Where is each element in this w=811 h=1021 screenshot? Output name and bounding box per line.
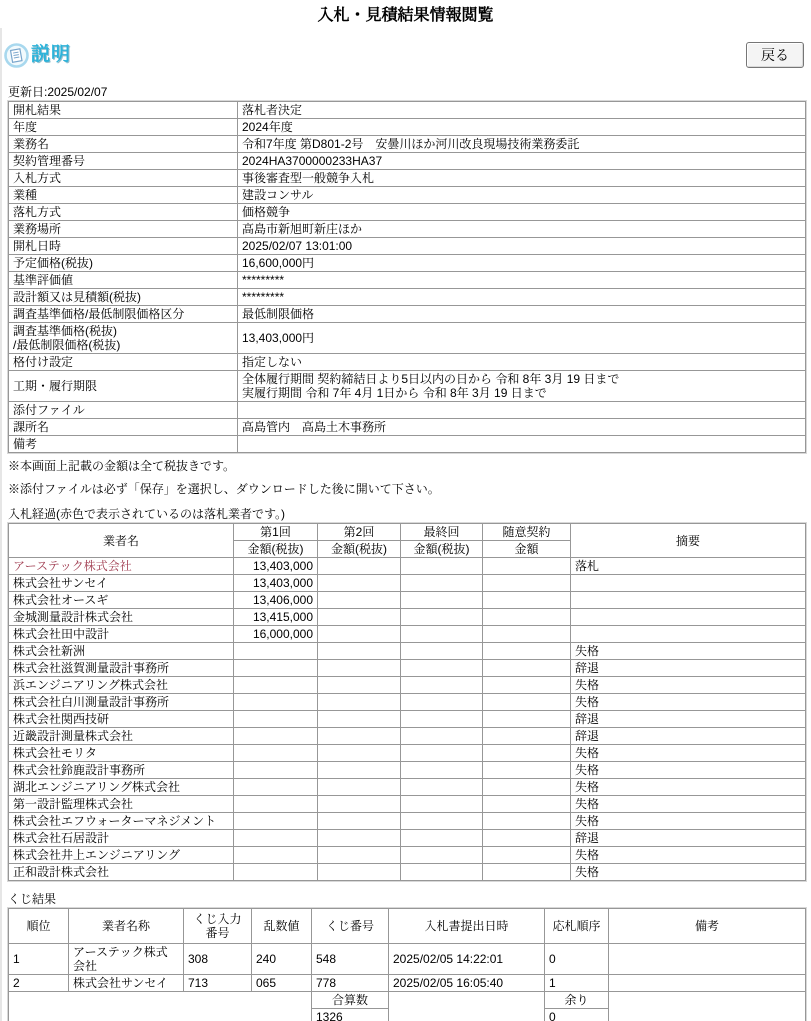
lottery-submit-datetime-cell: 2025/02/05 16:05:40: [389, 975, 545, 992]
bidder-row: 株式会社新洲失格: [9, 643, 806, 660]
lottery-col-header: 乱数値: [252, 909, 312, 944]
info-value: [238, 402, 806, 419]
bidder-name-cell: 株式会社白川測量設計事務所: [9, 694, 234, 711]
info-row: 基準評価値*********: [9, 272, 806, 289]
bid-amount-round1-cell: [234, 643, 318, 660]
bid-amount-final-cell: [401, 813, 483, 830]
bid-amount-final-cell: [401, 592, 483, 609]
lottery-col-header: 業者名称: [69, 909, 184, 944]
info-label: 契約管理番号: [9, 153, 238, 170]
bid-amount-round1-cell: [234, 779, 318, 796]
bid-remarks-cell: 辞退: [571, 728, 806, 745]
bidder-name-cell: 株式会社井上エンジニアリング: [9, 847, 234, 864]
bid-amount-round1-cell: [234, 864, 318, 881]
bidder-name-cell: 近畿設計測量株式会社: [9, 728, 234, 745]
bidder-row: 正和設計株式会社失格: [9, 864, 806, 881]
info-value: 全体履行期間 契約締結日より5日以内の日から 令和 8年 3月 19 日まで 実…: [238, 371, 806, 402]
bid-amount-round1-cell: 13,403,000: [234, 575, 318, 592]
col-header-bidder-name: 業者名: [9, 524, 234, 558]
bid-amount-round1-cell: [234, 728, 318, 745]
bid-amount-negotiated-cell: [483, 779, 571, 796]
bidder-name-cell: 株式会社滋賀測量設計事務所: [9, 660, 234, 677]
bid-amount-round2-cell: [318, 626, 401, 643]
bidder-row: 株式会社白川測量設計事務所失格: [9, 694, 806, 711]
info-value: 価格競争: [238, 204, 806, 221]
col-header-round2: 第2回: [318, 524, 401, 541]
bid-progress-caption: 入札経過(赤色で表示されているのは落札業者です。): [8, 507, 811, 521]
info-row: 工期・履行期限全体履行期間 契約締結日より5日以内の日から 令和 8年 3月 1…: [9, 371, 806, 402]
bid-amount-round2-cell: [318, 711, 401, 728]
lottery-row: 1アーステック株式会社3082405482025/02/05 14:22:010: [9, 944, 806, 975]
bid-remarks-cell: [571, 609, 806, 626]
col-subheader-amount-nego: 金額: [483, 541, 571, 558]
col-header-remarks: 摘要: [571, 524, 806, 558]
bid-amount-round2-cell: [318, 796, 401, 813]
info-value: [238, 436, 806, 453]
bid-amount-round2-cell: [318, 762, 401, 779]
bidder-row: アーステック株式会社13,403,000落札: [9, 558, 806, 575]
bid-amount-round2-cell: [318, 643, 401, 660]
col-header-round1: 第1回: [234, 524, 318, 541]
bidder-row: 株式会社滋賀測量設計事務所辞退: [9, 660, 806, 677]
info-row: 業種建設コンサル: [9, 187, 806, 204]
lottery-input-number-cell: 713: [184, 975, 252, 992]
bidder-name-cell: 株式会社鈴鹿設計事務所: [9, 762, 234, 779]
info-value: 落札者決定: [238, 102, 806, 119]
bid-amount-final-cell: [401, 643, 483, 660]
info-row: 備考: [9, 436, 806, 453]
bidder-row: 近畿設計測量株式会社辞退: [9, 728, 806, 745]
lottery-col-header: くじ番号: [312, 909, 389, 944]
bid-progress-table: 業者名 第1回 第2回 最終回 随意契約 摘要 金額(税抜) 金額(税抜) 金額…: [8, 523, 806, 881]
bid-info-table: 開札結果落札者決定年度2024年度業務名令和7年度 第D801-2号 安曇川ほか…: [8, 101, 806, 453]
bid-amount-final-cell: [401, 728, 483, 745]
lottery-footer-empty-datetime: [389, 992, 545, 1021]
lottery-table: 順位業者名称くじ入力番号乱数値くじ番号入札書提出日時応札順序備考 1アーステック…: [8, 908, 806, 1021]
bid-amount-round2-cell: [318, 558, 401, 575]
bid-amount-negotiated-cell: [483, 830, 571, 847]
bid-amount-negotiated-cell: [483, 626, 571, 643]
bidder-name-cell: 株式会社田中設計: [9, 626, 234, 643]
bid-amount-negotiated-cell: [483, 728, 571, 745]
bid-amount-round2-cell: [318, 847, 401, 864]
bid-amount-negotiated-cell: [483, 660, 571, 677]
lottery-col-header: くじ入力番号: [184, 909, 252, 944]
info-row: 予定価格(税抜)16,600,000円: [9, 255, 806, 272]
bid-remarks-cell: 失格: [571, 677, 806, 694]
info-label: 年度: [9, 119, 238, 136]
bidder-name-cell: 金城測量設計株式会社: [9, 609, 234, 626]
info-row: 業務名令和7年度 第D801-2号 安曇川ほか河川改良現場技術業務委託: [9, 136, 806, 153]
bid-remarks-cell: 辞退: [571, 660, 806, 677]
bid-amount-negotiated-cell: [483, 558, 571, 575]
bidder-name-cell: 株式会社オースギ: [9, 592, 234, 609]
lottery-remainder-value: 0: [545, 1009, 609, 1021]
bid-remarks-cell: [571, 592, 806, 609]
page-left-border: [0, 28, 2, 1021]
bid-amount-negotiated-cell: [483, 745, 571, 762]
bidder-name-cell: アーステック株式会社: [9, 558, 234, 575]
info-value: 高島市新旭町新庄ほか: [238, 221, 806, 238]
info-row: 課所名高島管内 高島土木事務所: [9, 419, 806, 436]
explain-button[interactable]: 説明: [4, 43, 71, 68]
bid-remarks-cell: 辞退: [571, 711, 806, 728]
bid-remarks-cell: 失格: [571, 796, 806, 813]
info-label: 課所名: [9, 419, 238, 436]
info-row: 添付ファイル: [9, 402, 806, 419]
info-row: 契約管理番号2024HA3700000233HA37: [9, 153, 806, 170]
bidder-name-cell: 株式会社新洲: [9, 643, 234, 660]
lottery-random-value-cell: 240: [252, 944, 312, 975]
bid-amount-round2-cell: [318, 830, 401, 847]
info-value: 16,600,000円: [238, 255, 806, 272]
bid-amount-round1-cell: 13,403,000: [234, 558, 318, 575]
bid-amount-final-cell: [401, 677, 483, 694]
bid-amount-round1-cell: [234, 762, 318, 779]
bid-remarks-cell: 失格: [571, 864, 806, 881]
info-value: 令和7年度 第D801-2号 安曇川ほか河川改良現場技術業務委託: [238, 136, 806, 153]
bid-amount-round1-cell: [234, 711, 318, 728]
bidder-row: 株式会社サンセイ13,403,000: [9, 575, 806, 592]
info-row: 入札方式事後審査型一般競争入札: [9, 170, 806, 187]
bidder-row: 株式会社井上エンジニアリング失格: [9, 847, 806, 864]
bidder-row: 株式会社オースギ13,406,000: [9, 592, 806, 609]
bid-amount-negotiated-cell: [483, 575, 571, 592]
lottery-footer-spacer: [9, 992, 312, 1021]
info-row: 格付け設定指定しない: [9, 354, 806, 371]
bidder-row: 浜エンジニアリング株式会社失格: [9, 677, 806, 694]
bid-amount-final-cell: [401, 575, 483, 592]
info-value: 指定しない: [238, 354, 806, 371]
bid-amount-round2-cell: [318, 660, 401, 677]
info-label: 格付け設定: [9, 354, 238, 371]
bid-amount-negotiated-cell: [483, 677, 571, 694]
bid-remarks-cell: [571, 626, 806, 643]
bid-amount-negotiated-cell: [483, 694, 571, 711]
bid-amount-negotiated-cell: [483, 796, 571, 813]
bidder-row: 株式会社エフウォーターマネジメント失格: [9, 813, 806, 830]
info-row: 調査基準価格(税抜) /最低制限価格(税抜)13,403,000円: [9, 323, 806, 354]
info-label: 調査基準価格(税抜) /最低制限価格(税抜): [9, 323, 238, 354]
info-label: 開札結果: [9, 102, 238, 119]
info-label: 業種: [9, 187, 238, 204]
lottery-random-value-cell: 065: [252, 975, 312, 992]
note-attachment-save: ※添付ファイルは必ず「保存」を選択し、ダウンロードした後に開いて下さい。: [8, 482, 811, 496]
bid-remarks-cell: 失格: [571, 694, 806, 711]
bidder-name-cell: 株式会社石居設計: [9, 830, 234, 847]
info-label: 業務場所: [9, 221, 238, 238]
bid-amount-round1-cell: 13,415,000: [234, 609, 318, 626]
bid-amount-negotiated-cell: [483, 643, 571, 660]
info-value: 高島管内 高島土木事務所: [238, 419, 806, 436]
bid-remarks-cell: [571, 575, 806, 592]
lottery-rank-cell: 2: [9, 975, 69, 992]
lottery-col-header: 順位: [9, 909, 69, 944]
bid-remarks-cell: 辞退: [571, 830, 806, 847]
info-value: 2025/02/07 13:01:00: [238, 238, 806, 255]
bid-amount-final-cell: [401, 711, 483, 728]
info-value: 2024HA3700000233HA37: [238, 153, 806, 170]
lottery-bidder-name-cell: 株式会社サンセイ: [69, 975, 184, 992]
bid-amount-final-cell: [401, 660, 483, 677]
col-subheader-amount-final: 金額(税抜): [401, 541, 483, 558]
info-value: 建設コンサル: [238, 187, 806, 204]
lottery-row: 2株式会社サンセイ7130657782025/02/05 16:05:401: [9, 975, 806, 992]
bid-remarks-cell: 失格: [571, 762, 806, 779]
info-value: 最低制限価格: [238, 306, 806, 323]
lottery-col-header: 入札書提出日時: [389, 909, 545, 944]
bid-amount-final-cell: [401, 609, 483, 626]
bid-amount-round2-cell: [318, 745, 401, 762]
bidder-row: 第一設計監理株式会社失格: [9, 796, 806, 813]
bid-amount-round2-cell: [318, 813, 401, 830]
bid-amount-round1-cell: [234, 660, 318, 677]
bid-amount-negotiated-cell: [483, 847, 571, 864]
bid-amount-final-cell: [401, 779, 483, 796]
explain-label: 説明: [31, 48, 71, 62]
bid-remarks-cell: 失格: [571, 847, 806, 864]
bid-remarks-cell: 失格: [571, 643, 806, 660]
info-row: 年度2024年度: [9, 119, 806, 136]
bidder-row: 株式会社モリタ失格: [9, 745, 806, 762]
bidder-name-cell: 株式会社モリタ: [9, 745, 234, 762]
info-label: 調査基準価格/最低制限価格区分: [9, 306, 238, 323]
info-row: 開札日時2025/02/07 13:01:00: [9, 238, 806, 255]
bidder-row: 株式会社関西技研辞退: [9, 711, 806, 728]
info-value: *********: [238, 289, 806, 306]
header-bar: 説明 戻る: [4, 40, 804, 70]
bid-amount-final-cell: [401, 796, 483, 813]
bid-amount-round2-cell: [318, 864, 401, 881]
lottery-bidder-name-cell: アーステック株式会社: [69, 944, 184, 975]
lottery-remarks-cell: [609, 975, 806, 992]
lottery-sum-value: 1326: [312, 1009, 389, 1021]
info-label: 設計額又は見積額(税抜): [9, 289, 238, 306]
bid-amount-negotiated-cell: [483, 813, 571, 830]
lottery-caption: くじ結果: [8, 892, 811, 906]
lottery-col-header: 備考: [609, 909, 806, 944]
bid-amount-round2-cell: [318, 609, 401, 626]
updated-date: 更新日:2025/02/07: [8, 85, 811, 99]
bidder-name-cell: 第一設計監理株式会社: [9, 796, 234, 813]
bid-amount-round2-cell: [318, 728, 401, 745]
bid-amount-round1-cell: 13,406,000: [234, 592, 318, 609]
info-label: 予定価格(税抜): [9, 255, 238, 272]
bid-amount-round1-cell: [234, 830, 318, 847]
lottery-remarks-cell: [609, 944, 806, 975]
lottery-input-number-cell: 308: [184, 944, 252, 975]
bid-amount-round2-cell: [318, 779, 401, 796]
bid-amount-round1-cell: 16,000,000: [234, 626, 318, 643]
bid-amount-negotiated-cell: [483, 609, 571, 626]
lottery-number-cell: 548: [312, 944, 389, 975]
lottery-submit-datetime-cell: 2025/02/05 14:22:01: [389, 944, 545, 975]
note-tax-excluded: ※本画面上記載の金額は全て税抜きです。: [8, 459, 811, 473]
info-label: 落札方式: [9, 204, 238, 221]
bid-amount-negotiated-cell: [483, 864, 571, 881]
bid-amount-final-cell: [401, 847, 483, 864]
bid-amount-round2-cell: [318, 592, 401, 609]
bidder-name-cell: 株式会社関西技研: [9, 711, 234, 728]
bid-amount-final-cell: [401, 626, 483, 643]
info-value: 2024年度: [238, 119, 806, 136]
bid-amount-final-cell: [401, 762, 483, 779]
bid-amount-round2-cell: [318, 677, 401, 694]
info-row: 調査基準価格/最低制限価格区分最低制限価格: [9, 306, 806, 323]
bidder-name-cell: 正和設計株式会社: [9, 864, 234, 881]
lottery-number-cell: 778: [312, 975, 389, 992]
col-header-negotiated: 随意契約: [483, 524, 571, 541]
bid-amount-negotiated-cell: [483, 592, 571, 609]
bid-amount-round1-cell: [234, 847, 318, 864]
bid-amount-negotiated-cell: [483, 762, 571, 779]
bid-amount-final-cell: [401, 745, 483, 762]
info-row: 設計額又は見積額(税抜)*********: [9, 289, 806, 306]
bidder-row: 株式会社鈴鹿設計事務所失格: [9, 762, 806, 779]
col-header-final-round: 最終回: [401, 524, 483, 541]
info-label: 入札方式: [9, 170, 238, 187]
info-label: 添付ファイル: [9, 402, 238, 419]
bid-amount-round1-cell: [234, 677, 318, 694]
bid-amount-final-cell: [401, 558, 483, 575]
document-icon: [4, 43, 29, 68]
bidder-row: 株式会社田中設計16,000,000: [9, 626, 806, 643]
info-value: *********: [238, 272, 806, 289]
info-row: 開札結果落札者決定: [9, 102, 806, 119]
bid-amount-round2-cell: [318, 575, 401, 592]
bid-amount-negotiated-cell: [483, 711, 571, 728]
lottery-sum-label: 合算数: [312, 992, 389, 1009]
bid-remarks-cell: 落札: [571, 558, 806, 575]
col-subheader-amount1: 金額(税抜): [234, 541, 318, 558]
bid-amount-round1-cell: [234, 745, 318, 762]
bid-amount-round1-cell: [234, 796, 318, 813]
bid-amount-round2-cell: [318, 694, 401, 711]
bid-amount-round1-cell: [234, 813, 318, 830]
info-label: 業務名: [9, 136, 238, 153]
bidder-row: 金城測量設計株式会社13,415,000: [9, 609, 806, 626]
info-row: 落札方式価格競争: [9, 204, 806, 221]
back-button[interactable]: 戻る: [746, 42, 804, 68]
bidder-name-cell: 株式会社サンセイ: [9, 575, 234, 592]
lottery-remainder-label: 余り: [545, 992, 609, 1009]
lottery-col-header: 応札順序: [545, 909, 609, 944]
bidder-name-cell: 浜エンジニアリング株式会社: [9, 677, 234, 694]
bidder-row: 株式会社石居設計辞退: [9, 830, 806, 847]
bidder-name-cell: 株式会社エフウォーターマネジメント: [9, 813, 234, 830]
bidder-name-cell: 湖北エンジニアリング株式会社: [9, 779, 234, 796]
bid-amount-final-cell: [401, 830, 483, 847]
lottery-bid-order-cell: 0: [545, 944, 609, 975]
info-row: 業務場所高島市新旭町新庄ほか: [9, 221, 806, 238]
bid-remarks-cell: 失格: [571, 745, 806, 762]
info-label: 開札日時: [9, 238, 238, 255]
bid-amount-round1-cell: [234, 694, 318, 711]
info-label: 備考: [9, 436, 238, 453]
lottery-bid-order-cell: 1: [545, 975, 609, 992]
lottery-footer-empty-remarks: [609, 992, 806, 1021]
bid-remarks-cell: 失格: [571, 813, 806, 830]
bidder-row: 湖北エンジニアリング株式会社失格: [9, 779, 806, 796]
info-label: 工期・履行期限: [9, 371, 238, 402]
lottery-rank-cell: 1: [9, 944, 69, 975]
page-title: 入札・見積結果情報閲覧: [0, 6, 811, 25]
bid-amount-final-cell: [401, 694, 483, 711]
bid-amount-final-cell: [401, 864, 483, 881]
col-subheader-amount2: 金額(税抜): [318, 541, 401, 558]
info-value: 13,403,000円: [238, 323, 806, 354]
info-value: 事後審査型一般競争入札: [238, 170, 806, 187]
bid-remarks-cell: 失格: [571, 779, 806, 796]
info-label: 基準評価値: [9, 272, 238, 289]
